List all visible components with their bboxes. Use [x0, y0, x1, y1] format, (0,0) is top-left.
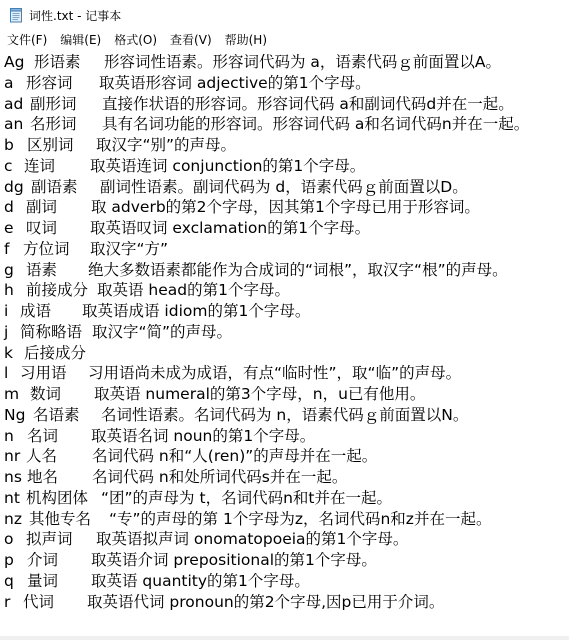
pos-description: “专”的声母的第 1个字母为z，名词代码n和z并在一起。: [109, 509, 491, 530]
notepad-icon: [9, 7, 23, 23]
pos-code: l: [4, 363, 20, 384]
pos-code: nz: [4, 509, 29, 530]
pos-name: 成语: [20, 301, 82, 322]
text-line: Ag形语素形容词性语素。形容词代码为 a，语素代码ｇ前面置以A。: [4, 52, 529, 73]
text-line: c连词取英语连词 conjunction的第1个字母。: [4, 156, 529, 177]
window-bottom-edge: [0, 636, 569, 640]
pos-description: 取 adverb的第2个字母，因其第1个字母已用于形容词。: [91, 197, 480, 218]
text-line: b区别词取汉字“别”的声母。: [4, 135, 529, 156]
pos-code: j: [4, 322, 20, 343]
text-line: a形容词取英语形容词 adjective的第1个字母。: [4, 73, 529, 94]
pos-name: 副语素: [31, 177, 100, 198]
pos-name: 介词: [27, 550, 91, 571]
text-line: ns地名名词代码 n和处所词代码s并在一起。: [4, 467, 529, 488]
text-line: o拟声词取英语拟声词 onomatopoeia的第1个字母。: [4, 529, 529, 550]
pos-name: 后接成分: [24, 343, 94, 364]
pos-code: an: [4, 114, 30, 135]
pos-code: h: [4, 280, 26, 301]
menu-edit[interactable]: 编辑(E): [53, 30, 107, 50]
pos-name: 名形词: [30, 114, 102, 135]
pos-description: 取英语 quantity的第1个字母。: [91, 571, 310, 592]
pos-description: 取英语介词 prepositional的第1个字母。: [91, 550, 377, 571]
window-title: 词性.txt - 记事本: [29, 7, 121, 24]
pos-code: m: [4, 384, 30, 405]
text-line: e叹词取英语叹词 exclamation的第1个字母。: [4, 218, 529, 239]
pos-name: 人名: [26, 446, 92, 467]
menu-file[interactable]: 文件(F): [0, 30, 53, 50]
pos-description: 习用语尚未成为成语，有点“临时性”，取“临”的声母。: [88, 363, 461, 384]
pos-name: 语素: [26, 260, 88, 281]
pos-code: r: [4, 592, 23, 613]
pos-description: 名词性语素。名词代码为 n，语素代码ｇ前面置以N。: [101, 405, 468, 426]
pos-name: 代词: [23, 592, 87, 613]
pos-description: 名词代码 n和处所词代码s并在一起。: [92, 467, 347, 488]
text-line: m数词取英语 numeral的第3个字母，n，u已有他用。: [4, 384, 529, 405]
text-line: g语素绝大多数语素都能作为合成词的“词根”，取汉字“根”的声母。: [4, 260, 529, 281]
pos-code: ad: [4, 94, 30, 115]
pos-name: 连词: [24, 156, 90, 177]
pos-name: 副形词: [30, 94, 102, 115]
pos-description: 副词性语素。副词代码为 d，语素代码ｇ前面置以D。: [100, 177, 468, 198]
pos-description: “团”的声母为 t，名词代码n和t并在一起。: [101, 488, 392, 509]
pos-description: 取汉字“方”: [90, 239, 168, 260]
pos-name: 机构团体: [26, 488, 101, 509]
pos-code: d: [4, 197, 26, 218]
pos-code: e: [4, 218, 26, 239]
pos-code: f: [4, 239, 23, 260]
text-editor[interactable]: Ag形语素形容词性语素。形容词代码为 a，语素代码ｇ前面置以A。a形容词取英语形…: [0, 50, 569, 640]
pos-code: ns: [4, 467, 27, 488]
title-bar[interactable]: 词性.txt - 记事本: [0, 0, 569, 30]
pos-description: 取汉字“别”的声母。: [96, 135, 236, 156]
pos-code: a: [4, 73, 26, 94]
document-lines: Ag形语素形容词性语素。形容词代码为 a，语素代码ｇ前面置以A。a形容词取英语形…: [4, 52, 529, 612]
pos-name: 拟声词: [26, 529, 96, 550]
pos-code: nr: [4, 446, 26, 467]
pos-description: 具有名词功能的形容词。形容词代码 a和名词代码n并在一起。: [102, 114, 529, 135]
pos-description: 取英语叹词 exclamation的第1个字母。: [90, 218, 370, 239]
text-line: nz其他专名“专”的声母的第 1个字母为z，名词代码n和z并在一起。: [4, 509, 529, 530]
menu-bar: 文件(F) 编辑(E) 格式(O) 查看(V) 帮助(H): [0, 30, 569, 50]
text-line: nr人名名词代码 n和“人(ren)”的声母并在一起。: [4, 446, 529, 467]
pos-code: dg: [4, 177, 31, 198]
pos-description: 绝大多数语素都能作为合成词的“词根”，取汉字“根”的声母。: [88, 260, 508, 281]
pos-code: o: [4, 529, 26, 550]
menu-help[interactable]: 帮助(H): [218, 30, 273, 50]
pos-name: 名语素: [33, 405, 101, 426]
pos-code: c: [4, 156, 24, 177]
pos-name: 简称略语: [20, 322, 92, 343]
pos-code: Ag: [4, 52, 34, 73]
pos-description: 取汉字“简”的声母。: [92, 322, 232, 343]
pos-description: 取英语名词 noun的第1个字母。: [91, 426, 315, 447]
text-line: nt机构团体“团”的声母为 t，名词代码n和t并在一起。: [4, 488, 529, 509]
menu-format[interactable]: 格式(O): [107, 30, 163, 50]
pos-code: n: [4, 426, 27, 447]
text-line: q量词取英语 quantity的第1个字母。: [4, 571, 529, 592]
pos-name: 其他专名: [29, 509, 109, 530]
pos-description: 直接作状语的形容词。形容词代码 a和副词代码d并在一起。: [102, 94, 514, 115]
text-line: an名形词具有名词功能的形容词。形容词代码 a和名词代码n并在一起。: [4, 114, 529, 135]
text-line: d副词取 adverb的第2个字母，因其第1个字母已用于形容词。: [4, 197, 529, 218]
text-line: l习用语习用语尚未成为成语，有点“临时性”，取“临”的声母。: [4, 363, 529, 384]
pos-name: 形语素: [34, 52, 104, 73]
pos-code: b: [4, 135, 27, 156]
pos-description: 取英语拟声词 onomatopoeia的第1个字母。: [96, 529, 408, 550]
pos-name: 数词: [30, 384, 94, 405]
pos-name: 区别词: [27, 135, 96, 156]
pos-name: 前接成分: [26, 280, 97, 301]
pos-description: 形容词性语素。形容词代码为 a，语素代码ｇ前面置以A。: [104, 52, 501, 73]
pos-code: nt: [4, 488, 26, 509]
text-line: n名词取英语名词 noun的第1个字母。: [4, 426, 529, 447]
text-line: j简称略语取汉字“简”的声母。: [4, 322, 529, 343]
pos-description: 取英语连词 conjunction的第1个字母。: [90, 156, 365, 177]
pos-name: 形容词: [26, 73, 99, 94]
pos-code: i: [4, 301, 20, 322]
pos-name: 量词: [27, 571, 91, 592]
text-line: ad副形词直接作状语的形容词。形容词代码 a和副词代码d并在一起。: [4, 94, 529, 115]
pos-code: k: [4, 343, 24, 364]
pos-name: 方位词: [23, 239, 90, 260]
text-line: k后接成分: [4, 343, 529, 364]
text-line: f方位词取汉字“方”: [4, 239, 529, 260]
pos-description: 取英语 head的第1个字母。: [97, 280, 290, 301]
text-line: r代词取英语代词 pronoun的第2个字母,因p已用于介词。: [4, 592, 529, 613]
pos-description: 名词代码 n和“人(ren)”的声母并在一起。: [92, 446, 377, 467]
pos-code: g: [4, 260, 26, 281]
pos-description: 取英语成语 idiom的第1个字母。: [82, 301, 310, 322]
pos-name: 习用语: [20, 363, 88, 384]
text-line: p介词取英语介词 prepositional的第1个字母。: [4, 550, 529, 571]
pos-name: 副词: [26, 197, 91, 218]
pos-description: 取英语 numeral的第3个字母，n，u已有他用。: [94, 384, 425, 405]
pos-name: 名词: [27, 426, 91, 447]
pos-description: 取英语形容词 adjective的第1个字母。: [99, 73, 371, 94]
pos-code: Ng: [4, 405, 33, 426]
text-line: h前接成分取英语 head的第1个字母。: [4, 280, 529, 301]
text-line: Ng名语素名词性语素。名词代码为 n，语素代码ｇ前面置以N。: [4, 405, 529, 426]
text-line: i成语取英语成语 idiom的第1个字母。: [4, 301, 529, 322]
menu-view[interactable]: 查看(V): [163, 30, 218, 50]
pos-code: p: [4, 550, 27, 571]
pos-code: q: [4, 571, 27, 592]
pos-name: 叹词: [26, 218, 90, 239]
text-line: dg副语素副词性语素。副词代码为 d，语素代码ｇ前面置以D。: [4, 177, 529, 198]
pos-name: 地名: [27, 467, 92, 488]
pos-description: 取英语代词 pronoun的第2个字母,因p已用于介词。: [87, 592, 444, 613]
